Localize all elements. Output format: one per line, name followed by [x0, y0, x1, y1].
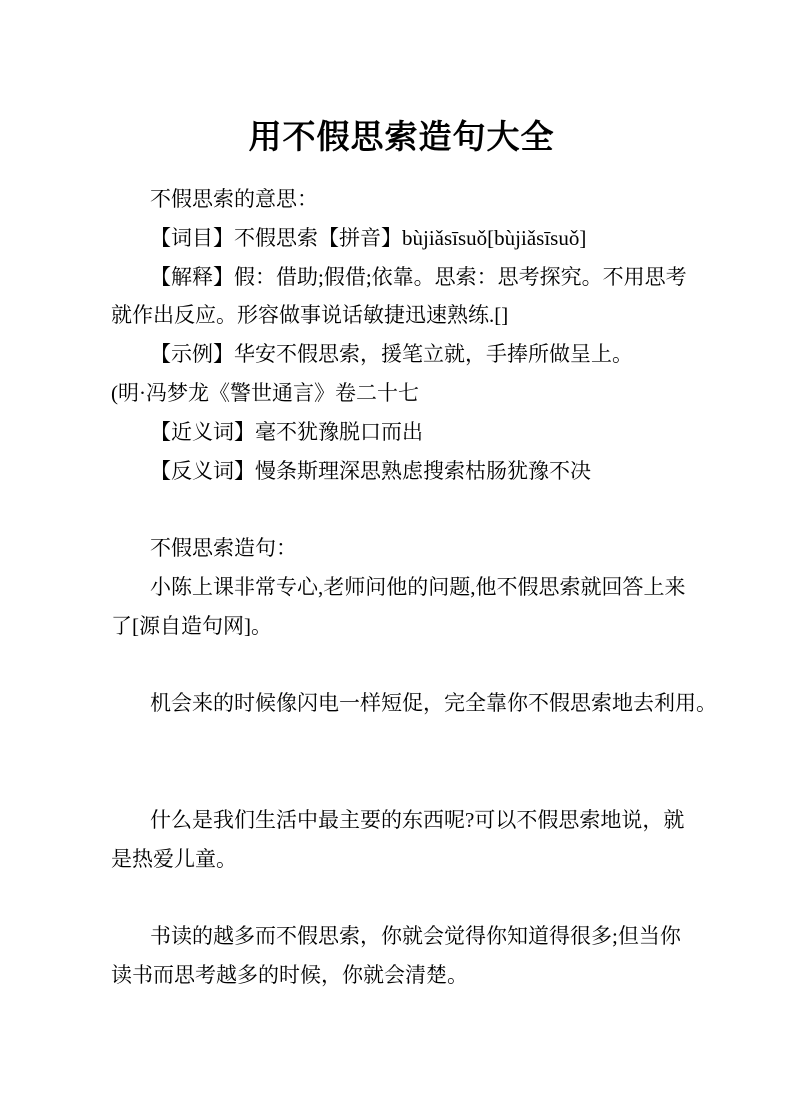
- text-line-example-1: 【示例】华安不假思索，援笔立就，手捧所做呈上。: [111, 335, 692, 374]
- text-line-sentence-4a: 书读的越多而不假思索，你就会觉得你知道得很多;但当你: [111, 917, 692, 956]
- text-line-synonyms: 【近义词】毫不犹豫脱口而出: [111, 413, 692, 452]
- text-line-sentence-3a: 什么是我们生活中最主要的东西呢?可以不假思索地说，就: [111, 801, 692, 840]
- document-body: 不假思索的意思： 【词目】不假思索【拼音】bùjiǎsīsuǒ[bùjiǎsīs…: [111, 180, 692, 995]
- text-line-antonyms: 【反义词】慢条斯理深思熟虑搜索枯肠犹豫不决: [111, 452, 692, 491]
- text-line-sentence-4b: 读书而思考越多的时候，你就会清楚。: [111, 956, 692, 995]
- text-line-sentence-1a: 小陈上课非常专心,老师问他的问题,他不假思索就回答上来: [111, 568, 692, 607]
- text-line-sentences-heading: 不假思索造句：: [111, 529, 692, 568]
- document-page: 用不假思索造句大全 不假思索的意思： 【词目】不假思索【拼音】bùjiǎsīsu…: [0, 0, 792, 1120]
- text-line-sentence-3b: 是热爱儿童。: [111, 840, 692, 879]
- page-title: 用不假思索造句大全: [111, 112, 692, 162]
- text-line-meaning-heading: 不假思索的意思：: [111, 180, 692, 219]
- text-line-example-2: (明·冯梦龙《警世通言》卷二十七: [111, 374, 692, 413]
- text-line-definition-1: 【解释】假：借助;假借;依靠。思索：思考探究。不用思考: [111, 258, 692, 297]
- text-line-definition-2: 就作出反应。形容做事说话敏捷迅速熟练.[]: [111, 296, 692, 335]
- text-line-sentence-2: 机会来的时候像闪电一样短促，完全靠你不假思索地去利用。: [111, 684, 692, 723]
- text-line-sentence-1b: 了[源自造句网]。: [111, 607, 692, 646]
- text-line-term-pinyin: 【词目】不假思索【拼音】bùjiǎsīsuǒ[bùjiǎsīsuǒ]: [111, 219, 692, 258]
